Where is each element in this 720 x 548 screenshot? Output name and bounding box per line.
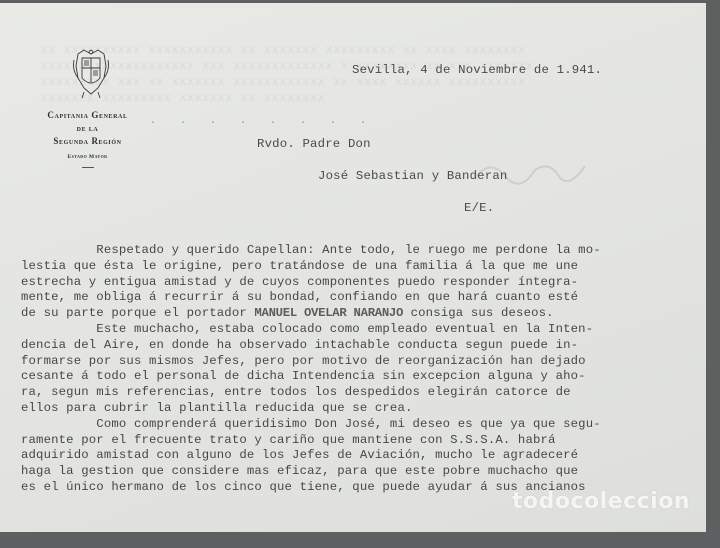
- letterhead-connector: de la: [20, 122, 155, 135]
- body-line: estrecha y entigua amistad y de cuyos co…: [21, 275, 701, 291]
- letterhead-rule: [82, 167, 94, 168]
- recipient-title: Rvdo. Padre Don: [257, 137, 371, 151]
- bleed-through-text: xxxxxxxx xxxx xx xxxxxxxxx xxxxxxx xx xx…: [40, 43, 525, 57]
- letterhead: Capitania General de la Segunda Región E…: [20, 109, 155, 168]
- body-line: formarse por sus mismos Jefes, pero por …: [21, 354, 701, 370]
- body-line: de su parte porque el portador MANUEL OV…: [21, 306, 701, 322]
- body-line: Como comprenderá queridisimo Don José, m…: [21, 417, 701, 433]
- body-line: ra, segun mis referencias, entre todos l…: [21, 385, 701, 401]
- body-line: lestia que ésta le origine, pero tratánd…: [21, 259, 701, 275]
- body-line: mente, me obliga á recurrir á su bondad,…: [21, 290, 701, 306]
- body-line: ramente por el frecuente trato y cariño …: [21, 433, 701, 449]
- dotted-leader: · · · · · · · ·: [150, 118, 375, 129]
- body-line: Este muchacho, estaba colocado como empl…: [21, 322, 701, 338]
- body-line: haga la gestion que considere mas eficaz…: [21, 464, 701, 480]
- letter-body: Respetado y querido Capellan: Ante todo,…: [21, 243, 701, 496]
- letterhead-title: Capitania General: [20, 109, 155, 122]
- letterhead-region: Segunda Región: [20, 135, 155, 148]
- body-line: adquirido amistad con alguno de los Jefe…: [21, 448, 701, 464]
- body-line: cesante á todo el personal de dicha Inte…: [21, 369, 701, 385]
- closing-abbreviation: E/E.: [464, 201, 494, 215]
- body-line: Respetado y querido Capellan: Ante todo,…: [21, 243, 701, 259]
- signature-bleed-through: [465, 148, 595, 193]
- letterhead-department: Estado Mayor: [20, 151, 155, 164]
- stamped-name: MANUEL OVELAR NARANJO: [254, 306, 403, 320]
- letter-date: Sevilla, 4 de Noviembre de 1.941.: [352, 63, 602, 77]
- body-line: dencia del Aire, en donde ha observado i…: [21, 338, 701, 354]
- body-line: ellos para cubrir la plantilla reducida …: [21, 401, 701, 417]
- letter-page: xxxxxxxx xxxx xx xxxxxxxxx xxxxxxx xx xx…: [0, 3, 706, 532]
- coat-of-arms-icon: [70, 48, 112, 100]
- watermark-logo: todocoleccion: [512, 489, 690, 514]
- bleed-through-text: xxxxxxxxxx xxxxxx xxxx xx xxxxxxxxxxxx x…: [40, 75, 525, 89]
